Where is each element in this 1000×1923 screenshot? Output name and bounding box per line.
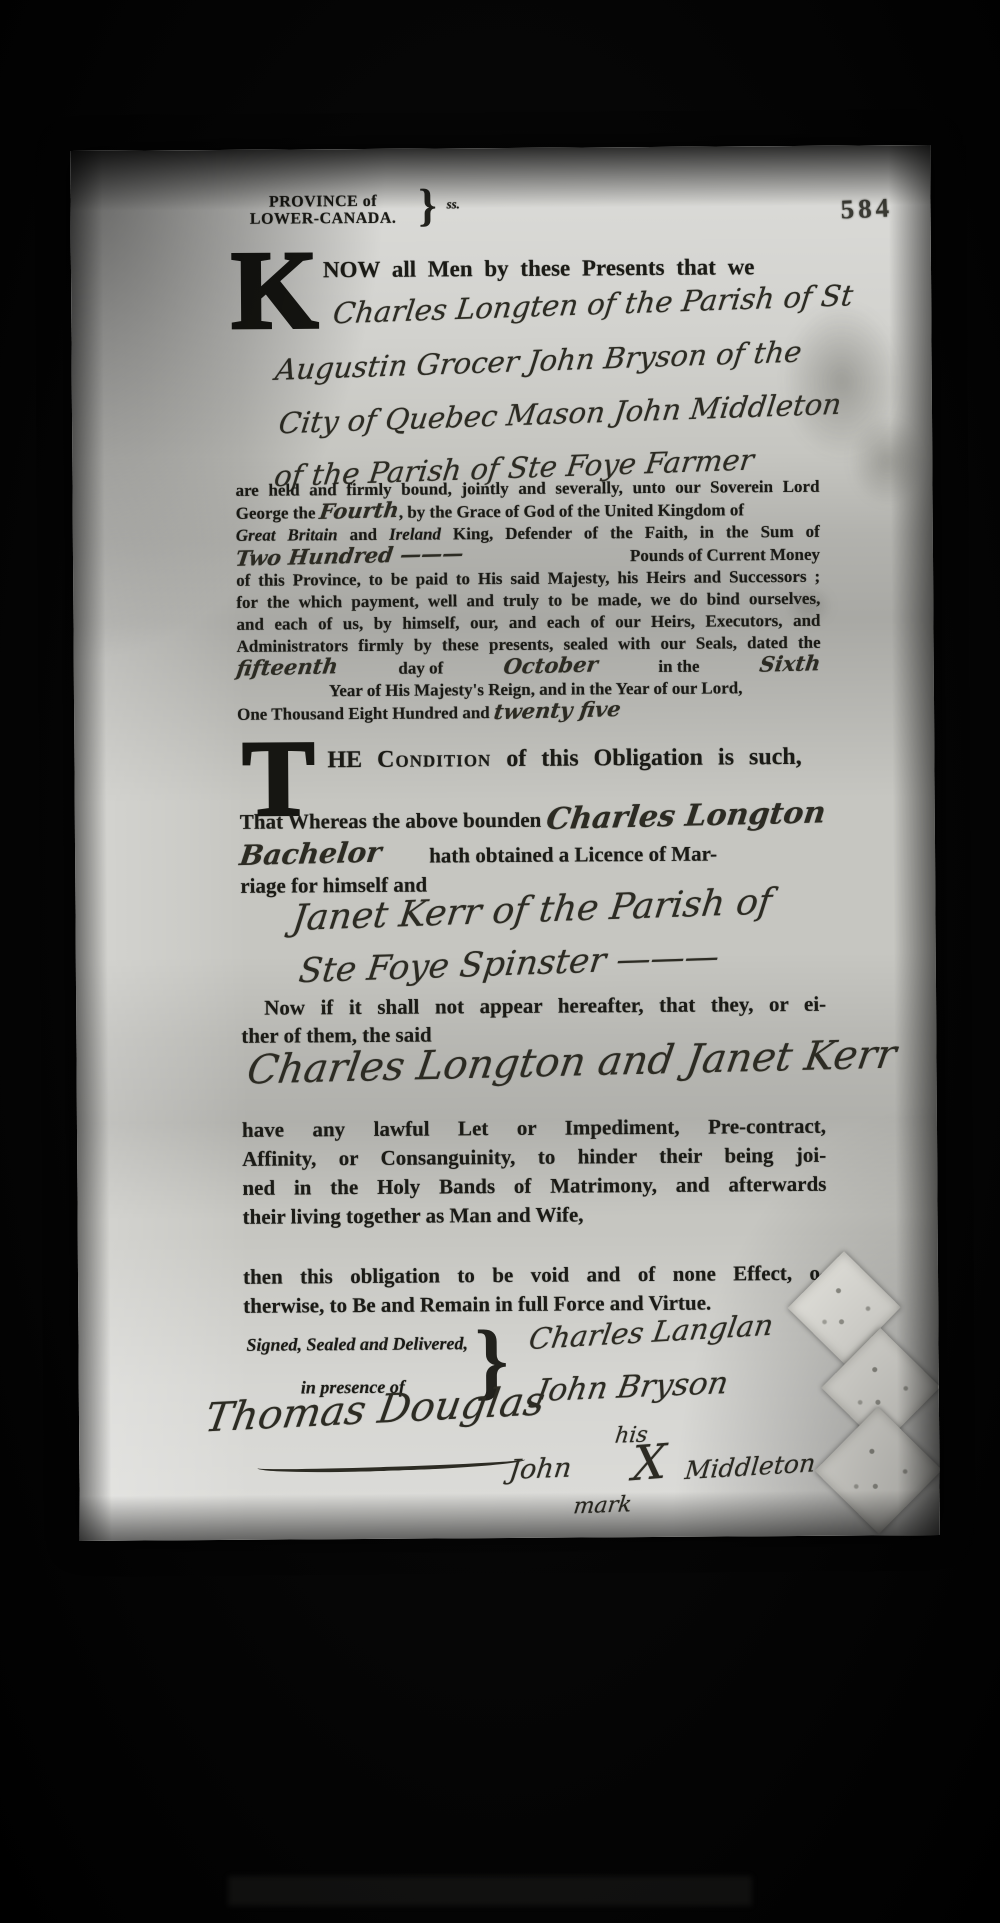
impediment-line: have any lawful Let or Impediment, Pre-c…: [242, 1112, 826, 1145]
surety2-mark-label: mark: [572, 1492, 633, 1519]
text-segment: King, Defender of the Faith, in the Sum …: [441, 522, 820, 544]
text-segment: for the which payment, well and truly to…: [236, 589, 820, 612]
handwritten-parties-line: City of Quebec Mason John Middleton: [277, 387, 843, 441]
principal-name-handwritten: Charles Longton: [544, 798, 827, 834]
text-segment: are held and firmly bound, jointly and s…: [235, 477, 819, 500]
handwritten-parties-line: Charles Longten of the Parish of St: [331, 278, 855, 330]
seal-speckle: [815, 1407, 940, 1534]
handwritten-parties-line: Augustin Grocer John Bryson of the: [274, 335, 804, 387]
scan-background: PROVINCE of LOWER-CANADA. } ss. 584 K NO…: [0, 0, 1000, 1923]
signed-sealed-label: Signed, Sealed and Delivered,: [246, 1333, 468, 1356]
province-line2: LOWER-CANADA.: [231, 210, 416, 228]
condition-heading-post: of this Obligation is such,: [491, 744, 802, 772]
header-brace: }: [418, 178, 437, 231]
text-segment: October: [502, 655, 599, 677]
page-number-stamp: 584: [840, 192, 894, 225]
text-segment: of this Province, to be paid to His said…: [236, 567, 820, 590]
text-segment: twenty five: [492, 699, 621, 722]
text-segment: Sixth: [759, 653, 822, 674]
proviso-line1: Now if it shall not appear hereafter, th…: [264, 990, 826, 1023]
wafer-seal-icon: [815, 1407, 940, 1534]
text-segment: , by the Grace of God of the United King…: [399, 500, 744, 521]
surety1-signature: John Bryson: [533, 1365, 731, 1409]
text-segment: in the: [658, 656, 699, 678]
impediment-paragraph: have any lawful Let or Impediment, Pre-c…: [242, 1112, 827, 1232]
province-header: PROVINCE of LOWER-CANADA.: [230, 193, 415, 228]
impediment-line: ned in the Holy Bands of Matrimony, and …: [242, 1170, 826, 1203]
bachelor-line: Bachelorhath obtained a Licence of Mar-: [240, 837, 717, 872]
condition-heading-pre: HE: [327, 747, 377, 773]
dropcap-K: K: [231, 247, 319, 335]
document-page: PROVINCE of LOWER-CANADA. } ss. 584 K NO…: [70, 145, 940, 1541]
text-segment: Year of His Majesty's Reign, and in the …: [329, 678, 743, 700]
whereas-line: That Whereas the above bounden Charles L…: [240, 801, 825, 837]
bond-line-year: One Thousand Eight Hundred and twenty fi…: [237, 699, 821, 726]
condition-heading: HE Condition of this Obligation is such,: [327, 744, 801, 774]
whereas-printed: That Whereas the above bounden: [240, 808, 547, 834]
text-segment: and each of us, by himself, our, and eac…: [236, 611, 820, 634]
bride-parish-handwritten: Ste Foye Spinster ———: [297, 937, 722, 992]
obtained-printed: hath obtained a Licence of Mar-: [429, 842, 717, 868]
bond-paragraph: are held and firmly bound, jointly and s…: [235, 476, 821, 726]
witness-signature: Thomas Douglas: [202, 1378, 548, 1441]
text-segment: day of: [398, 657, 443, 679]
impediment-line: their living together as Man and Wife,: [243, 1199, 827, 1232]
text-segment: Two Hundred ———: [234, 543, 464, 569]
condition-heading-smallcaps: Condition: [377, 746, 491, 773]
text-segment: fifteenth: [235, 656, 339, 678]
ink-smudge: [832, 395, 940, 526]
surety2-lastname: Middleton: [684, 1448, 817, 1485]
text-segment: George the: [236, 503, 320, 523]
province-line1: PROVINCE of: [230, 193, 415, 211]
status-handwritten: Bachelor: [238, 838, 383, 870]
text-segment: Pounds of Current Money: [630, 544, 820, 567]
surety2-cross-mark: X: [631, 1434, 667, 1492]
text-segment: and: [338, 525, 390, 544]
impediment-line: Affinity, or Consanguinity, to hinder th…: [242, 1141, 826, 1174]
closing-line: then this obligation to be void and of n…: [243, 1259, 827, 1292]
opening-printed-line: NOW all Men by these Presents that we: [323, 254, 755, 283]
ss-abbreviation: ss.: [446, 196, 459, 212]
text-segment: Great Britain: [236, 525, 338, 545]
signature-flourish: [257, 1452, 525, 1475]
text-segment: Fourth: [318, 500, 400, 522]
scan-artifact-strip: [228, 1876, 752, 1906]
surety2-firstname: John: [507, 1453, 573, 1486]
